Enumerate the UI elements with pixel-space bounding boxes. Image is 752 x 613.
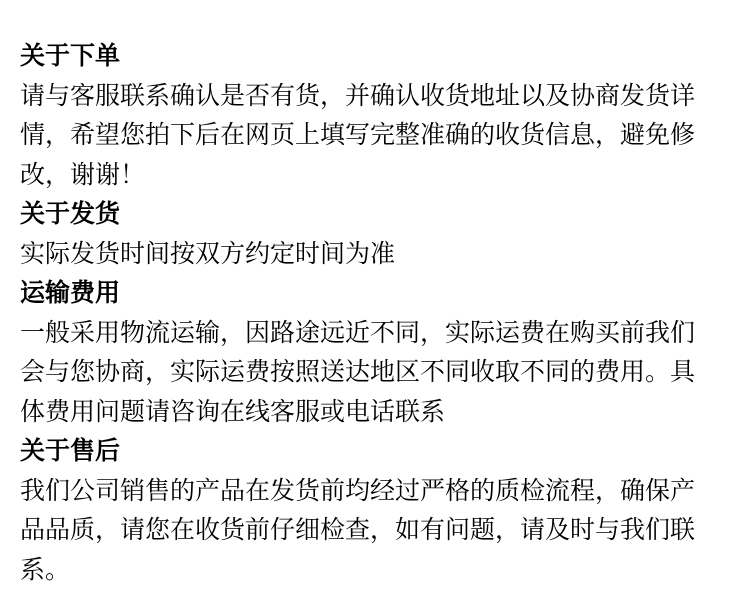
section-aftersales: 关于售后 我们公司销售的产品在发货前均经过严格的质检流程，确保产品品质，请您在收…: [20, 431, 710, 589]
section-shipping-heading: 关于发货: [20, 194, 710, 234]
section-ordering-heading: 关于下单: [20, 36, 710, 76]
section-shipping: 关于发货 实际发货时间按双方约定时间为准: [20, 194, 710, 273]
section-aftersales-body: 我们公司销售的产品在发货前均经过严格的质检流程，确保产品品质，请您在收货前仔细检…: [20, 471, 710, 590]
section-ordering: 关于下单 请与客服联系确认是否有货，并确认收货地址以及协商发货详情，希望您拍下后…: [20, 36, 710, 194]
section-ordering-body: 请与客服联系确认是否有货，并确认收货地址以及协商发货详情，希望您拍下后在网页上填…: [20, 76, 710, 195]
section-freight-heading: 运输费用: [20, 273, 710, 313]
section-aftersales-heading: 关于售后: [20, 431, 710, 471]
section-freight: 运输费用 一般采用物流运输，因路途远近不同，实际运费在购买前我们会与您协商，实际…: [20, 273, 710, 431]
section-freight-body: 一般采用物流运输，因路途远近不同，实际运费在购买前我们会与您协商，实际运费按照送…: [20, 313, 710, 432]
product-notice-page: 关于下单 请与客服联系确认是否有货，并确认收货地址以及协商发货详情，希望您拍下后…: [0, 0, 752, 613]
section-shipping-body: 实际发货时间按双方约定时间为准: [20, 234, 710, 274]
